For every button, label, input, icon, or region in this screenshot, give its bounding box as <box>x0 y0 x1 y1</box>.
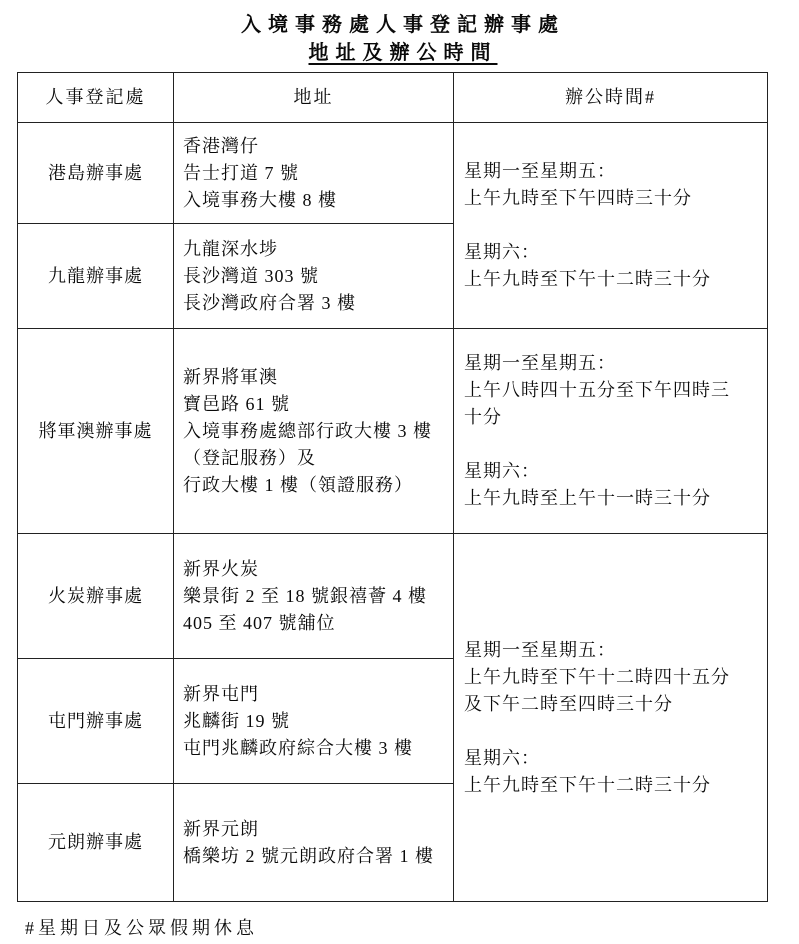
office-hours-group-3: 星期一至星期五： 上午九時至下午十二時四十五分 及下午二時至四時三十分 星期六：… <box>454 534 768 902</box>
table-row-hong-kong-island: 港島辦事處 香港灣仔 告士打道 7 號 入境事務大樓 8 樓 星期一至星期五： … <box>18 123 768 224</box>
office-name: 將軍澳辦事處 <box>18 329 174 534</box>
office-address: 香港灣仔 告士打道 7 號 入境事務大樓 8 樓 <box>174 123 454 224</box>
header-hours-column: 辦公時間# <box>454 73 768 123</box>
office-name: 火炭辦事處 <box>18 534 174 659</box>
footnote: #星期日及公眾假期休息 <box>25 915 799 942</box>
offices-table: 人事登記處 地址 辦公時間# 港島辦事處 香港灣仔 告士打道 7 號 入境事務大… <box>17 72 768 902</box>
office-address: 新界元朗 橋樂坊 2 號元朗政府合署 1 樓 <box>174 784 454 902</box>
document-page: 入境事務處人事登記辦事處 地址及辦公時間 人事登記處 地址 辦公時間# 港島辦事… <box>0 11 799 942</box>
table-header-row: 人事登記處 地址 辦公時間# <box>18 73 768 123</box>
office-address: 新界火炭 樂景街 2 至 18 號銀禧薈 4 樓 405 至 407 號舖位 <box>174 534 454 659</box>
office-hours-group-1: 星期一至星期五： 上午九時至下午四時三十分 星期六： 上午九時至下午十二時三十分 <box>454 123 768 329</box>
page-subtitle: 地址及辦公時間 <box>0 39 799 67</box>
office-address: 新界將軍澳 寶邑路 61 號 入境事務處總部行政大樓 3 樓 （登記服務）及 行… <box>174 329 454 534</box>
table-row-fo-tan: 火炭辦事處 新界火炭 樂景街 2 至 18 號銀禧薈 4 樓 405 至 407… <box>18 534 768 659</box>
office-name: 港島辦事處 <box>18 123 174 224</box>
office-name: 屯門辦事處 <box>18 659 174 784</box>
office-address: 新界屯門 兆麟街 19 號 屯門兆麟政府綜合大樓 3 樓 <box>174 659 454 784</box>
office-address: 九龍深水埗 長沙灣道 303 號 長沙灣政府合署 3 樓 <box>174 224 454 329</box>
page-subtitle-text: 地址及辦公時間 <box>309 42 498 64</box>
office-hours-group-2: 星期一至星期五： 上午八時四十五分至下午四時三 十分 星期六： 上午九時至上午十… <box>454 329 768 534</box>
office-name: 元朗辦事處 <box>18 784 174 902</box>
table-row-tseung-kwan-o: 將軍澳辦事處 新界將軍澳 寶邑路 61 號 入境事務處總部行政大樓 3 樓 （登… <box>18 329 768 534</box>
header-address-column: 地址 <box>174 73 454 123</box>
office-name: 九龍辦事處 <box>18 224 174 329</box>
page-title: 入境事務處人事登記辦事處 <box>0 11 799 39</box>
header-office-column: 人事登記處 <box>18 73 174 123</box>
